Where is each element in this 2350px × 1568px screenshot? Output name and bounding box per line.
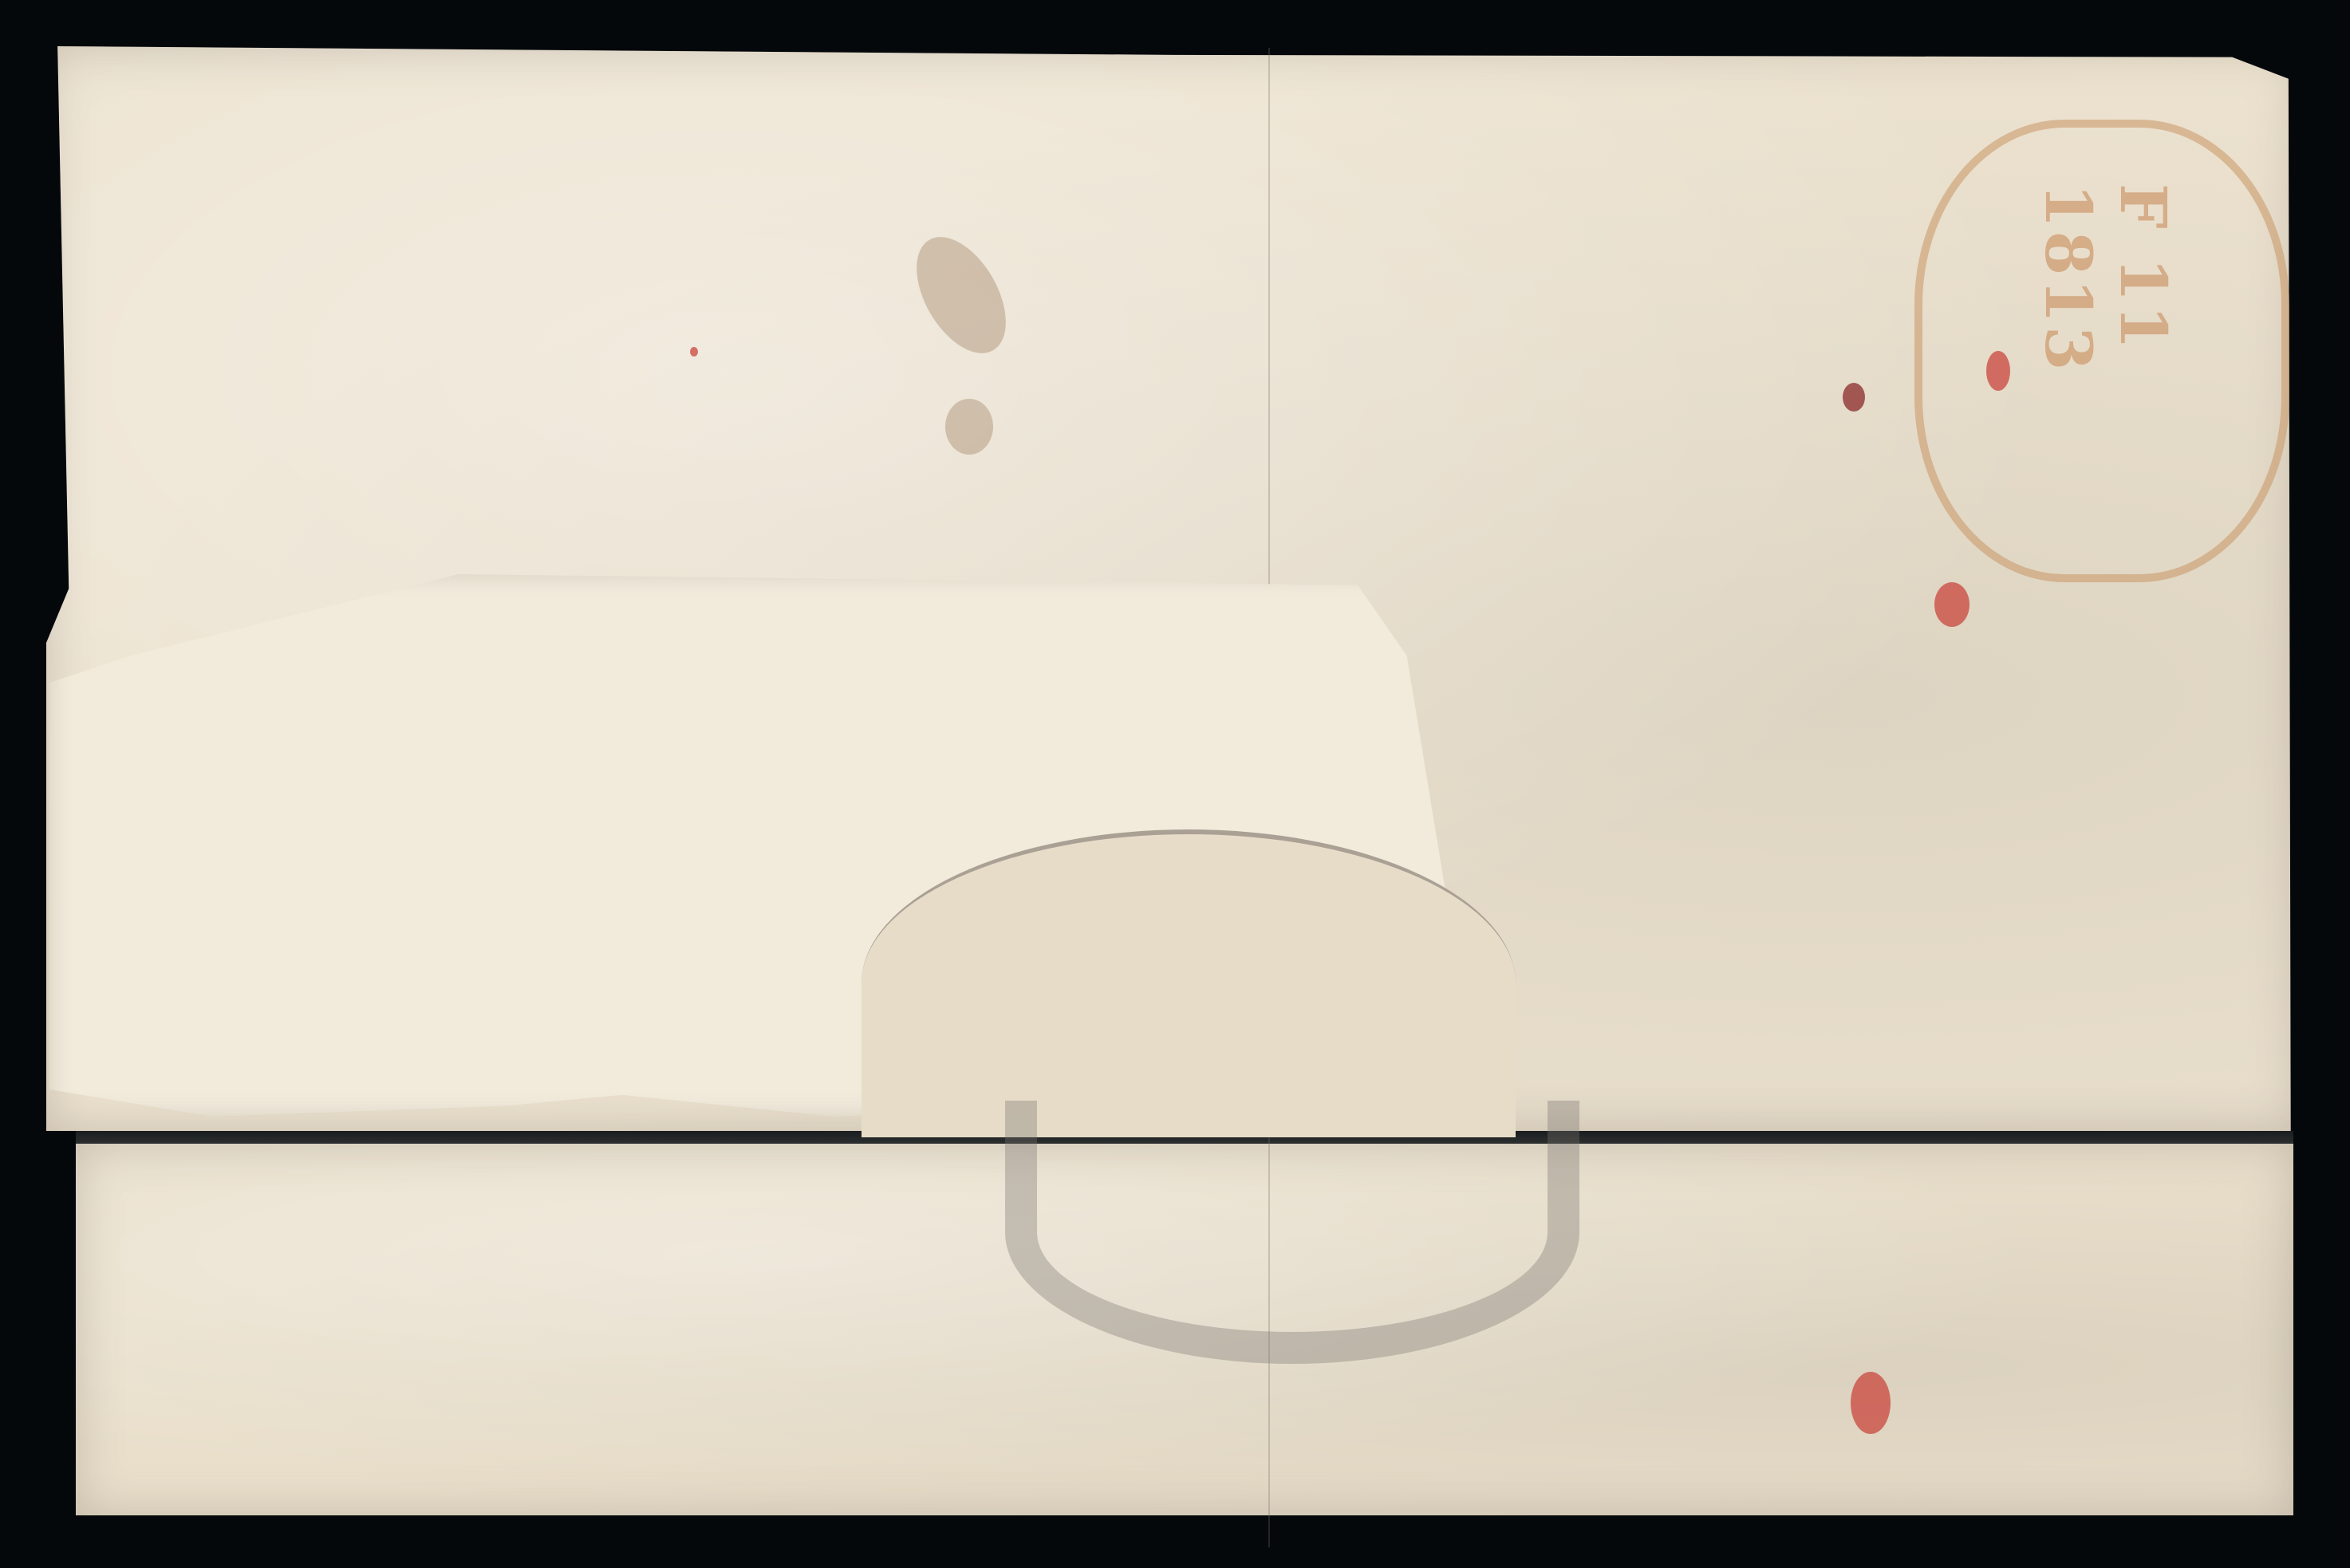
red-spot [1843,383,1865,412]
postmark-text: F 11 1813 [1970,183,2242,502]
red-spot [1934,582,1970,627]
seal-tear-area [862,829,1516,1137]
ink-stain [945,399,993,455]
red-spot [1851,1372,1891,1434]
letter-sheet: F 11 1813 [0,0,2350,1568]
red-spot [1986,351,2010,391]
seal-ghost-ring [1005,1101,1579,1364]
red-spot [690,347,698,357]
